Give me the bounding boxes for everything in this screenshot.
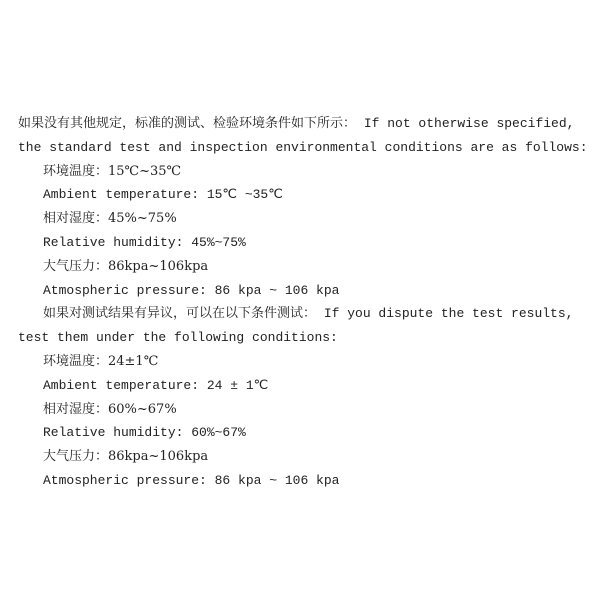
section1-intro-line2: the standard test and inspection environ… — [18, 136, 590, 160]
section2-humidity-cn: 相对湿度：60%~67% — [18, 398, 590, 422]
section2-humidity-en: Relative humidity: 60%~67% — [18, 421, 590, 445]
section1-humidity-cn: 相对湿度：45%~75% — [18, 207, 590, 231]
section2-intro-line2: test them under the following conditions… — [18, 326, 590, 350]
section1-ambient-temp-cn: 环境温度：15℃~35℃ — [18, 160, 590, 184]
section2-intro-cn: 如果对测试结果有异议，可以在以下条件测试： — [43, 306, 316, 321]
section2-intro-line1: 如果对测试结果有异议，可以在以下条件测试： If you dispute the… — [18, 302, 590, 326]
section1-intro-line1: 如果没有其他规定，标准的测试、检验环境条件如下所示： If not otherw… — [18, 112, 590, 136]
section2-pressure-cn: 大气压力：86kpa~106kpa — [18, 445, 590, 469]
section2-pressure-en: Atmospheric pressure: 86 kpa ~ 106 kpa — [18, 469, 590, 493]
section2-intro-en-a: If you dispute the test results, — [316, 306, 573, 321]
section1-intro-cn: 如果没有其他规定，标准的测试、检验环境条件如下所示： — [18, 116, 356, 131]
section1-humidity-en: Relative humidity: 45%~75% — [18, 231, 590, 255]
section2-ambient-temp-cn: 环境温度：24±1℃ — [18, 350, 590, 374]
section1-intro-en-a: If not otherwise specified, — [356, 116, 574, 131]
section1-pressure-en: Atmospheric pressure: 86 kpa ~ 106 kpa — [18, 279, 590, 303]
section1-ambient-temp-en: Ambient temperature: 15℃ ~35℃ — [18, 183, 590, 207]
section2-ambient-temp-en: Ambient temperature: 24 ± 1℃ — [18, 374, 590, 398]
document-body: 如果没有其他规定，标准的测试、检验环境条件如下所示： If not otherw… — [18, 112, 590, 493]
section1-pressure-cn: 大气压力：86kpa~106kpa — [18, 255, 590, 279]
